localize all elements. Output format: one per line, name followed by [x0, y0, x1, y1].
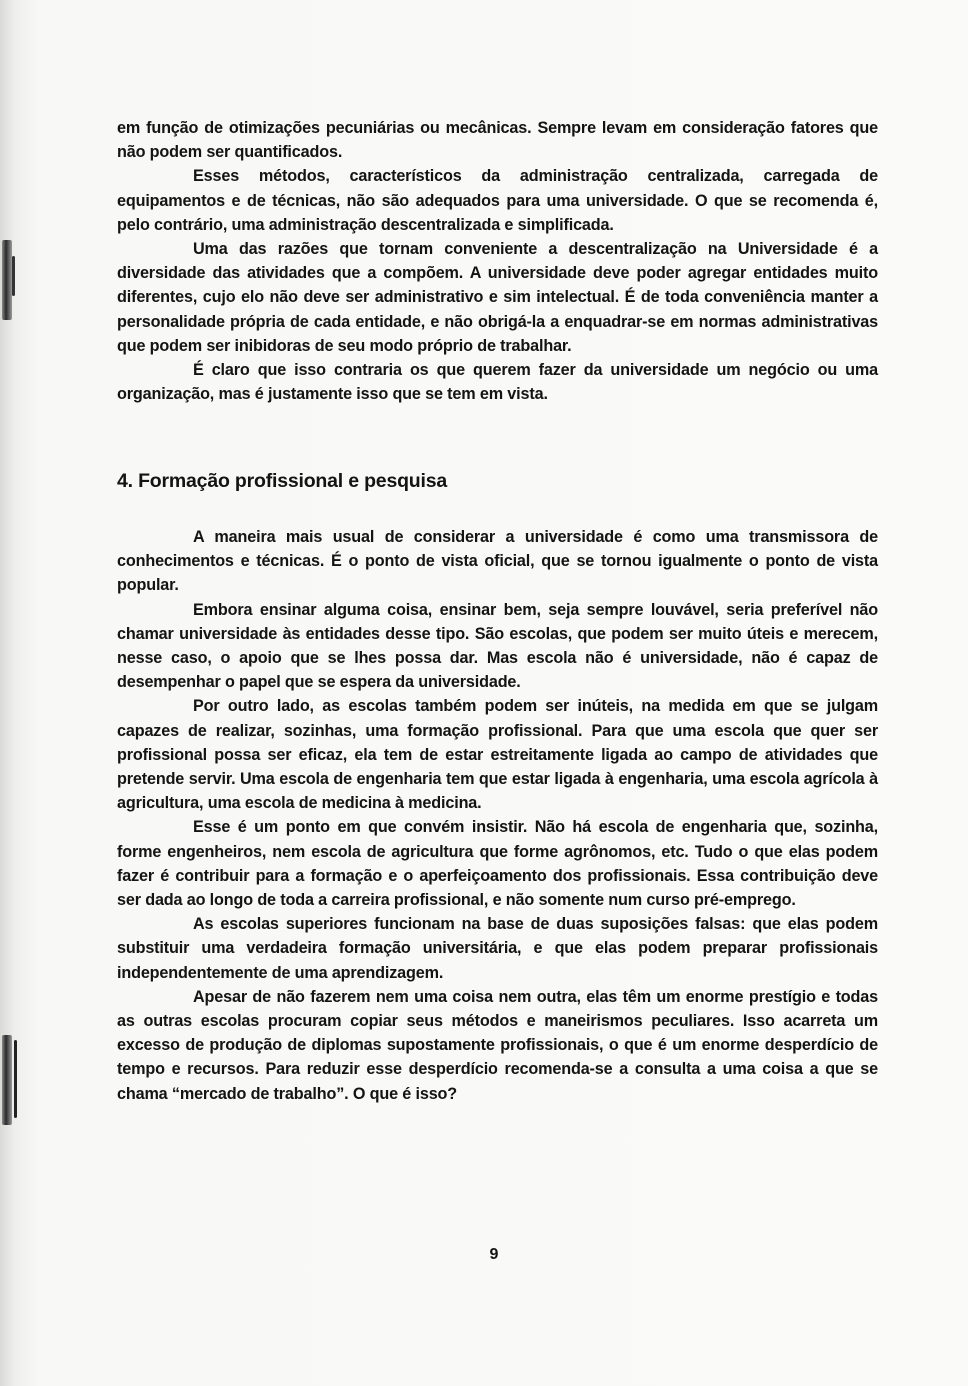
binding-mark-top: [2, 240, 12, 320]
section-continuation: em função de otimizações pecuniárias ou …: [117, 116, 878, 406]
binding-mark-top-edge: [12, 256, 15, 296]
paragraph: Por outro lado, as escolas também podem …: [117, 694, 878, 815]
binding-mark-bottom: [2, 1035, 12, 1125]
paragraph: em função de otimizações pecuniárias ou …: [117, 116, 878, 164]
paragraph: Esses métodos, característicos da admini…: [117, 164, 878, 237]
paragraph: Uma das razões que tornam conveniente a …: [117, 237, 878, 358]
binding-mark-bottom-edge: [14, 1040, 17, 1118]
paragraph: É claro que isso contraria os que querem…: [117, 358, 878, 406]
page-number: 9: [20, 1246, 968, 1264]
section-4-body: A maneira mais usual de considerar a uni…: [117, 525, 878, 1106]
paragraph: Embora ensinar alguma coisa, ensinar bem…: [117, 598, 878, 695]
paragraph: A maneira mais usual de considerar a uni…: [117, 525, 878, 598]
paragraph: Apesar de não fazerem nem uma coisa nem …: [117, 985, 878, 1106]
paragraph: Esse é um ponto em que convém insistir. …: [117, 815, 878, 912]
scanned-page: em função de otimizações pecuniárias ou …: [0, 0, 968, 1386]
section-heading: 4. Formação profissional e pesquisa: [117, 470, 447, 493]
paragraph: As escolas superiores funcionam na base …: [117, 912, 878, 985]
